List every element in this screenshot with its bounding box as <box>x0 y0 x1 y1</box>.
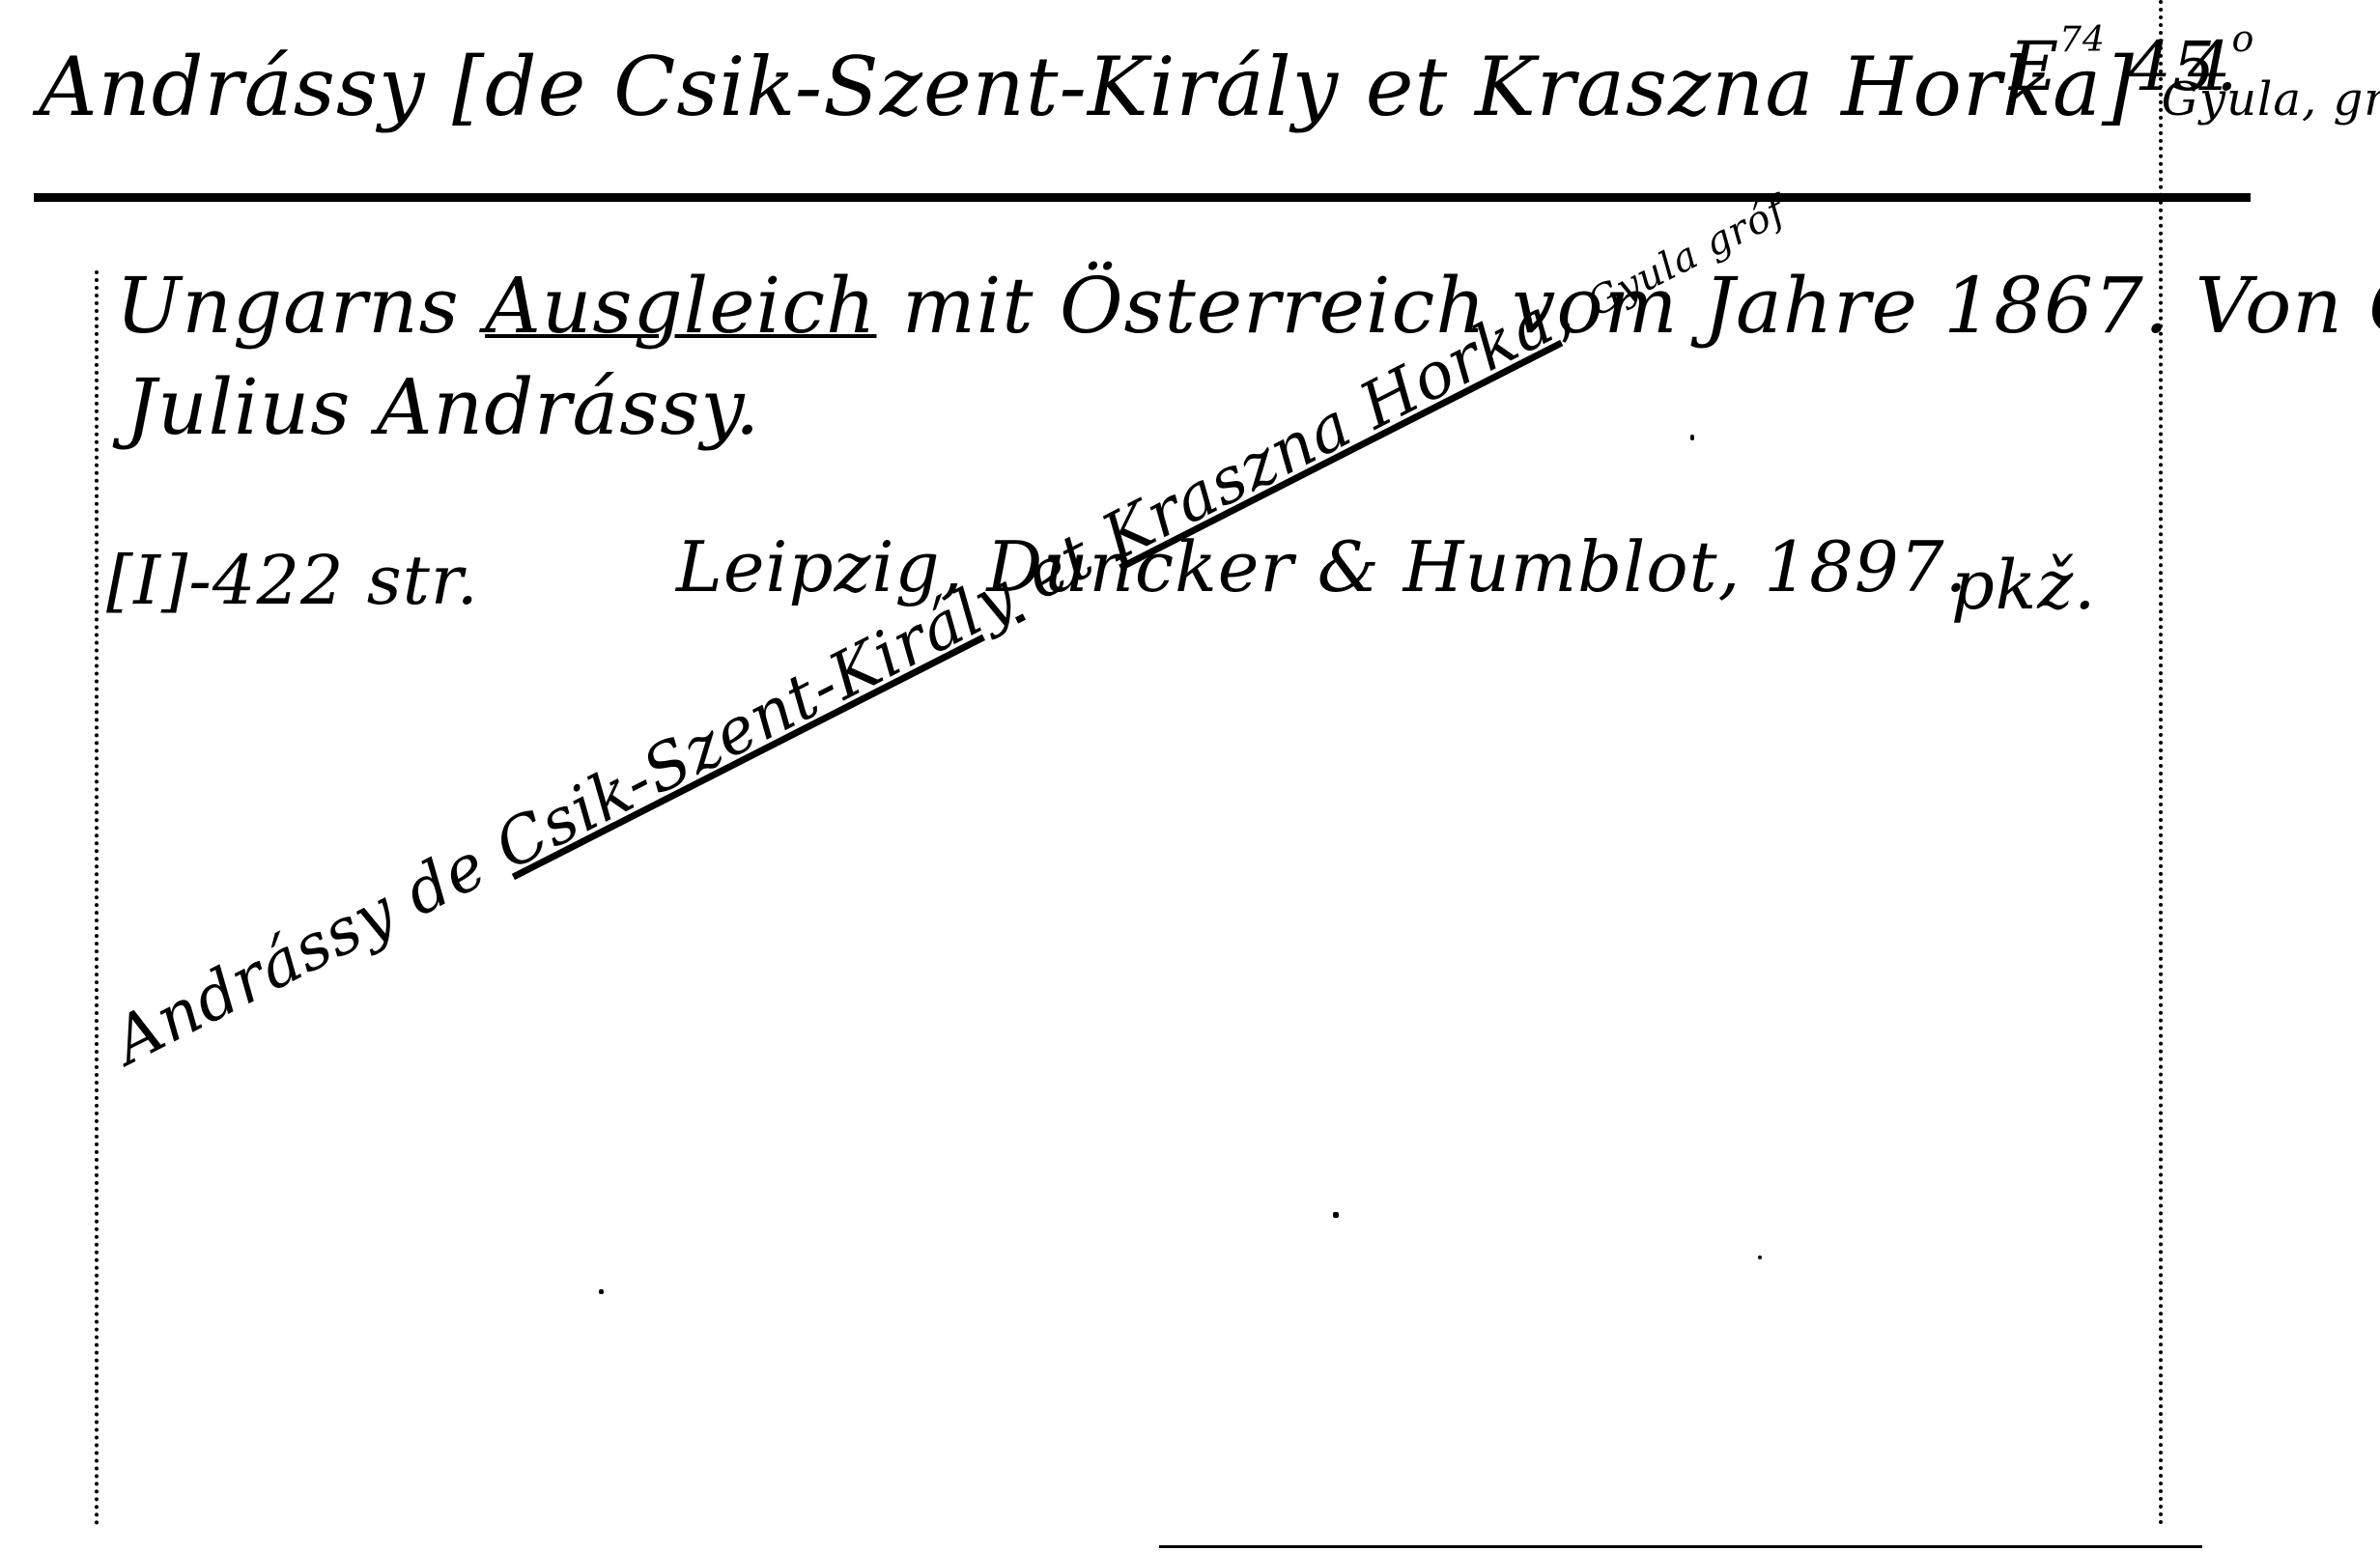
shelfmark-letter: E <box>2009 27 2059 106</box>
catalog-card: Andrássy [de Csik-Szent-Király et Kraszn… <box>0 0 2380 1552</box>
collation: [I]-422 str. <box>106 541 479 620</box>
left-margin-dotted-line <box>95 270 99 1526</box>
shelfmark-superscript: 74 <box>2059 20 2106 60</box>
format-mark: 4o <box>2188 27 2254 106</box>
scan-speck <box>522 377 526 381</box>
format-number: 4 <box>2188 27 2232 106</box>
bottom-edge-line <box>1159 1545 2202 1548</box>
title-line-1: Ungarns Ausgleich mit Österreich vom Jah… <box>116 261 2380 351</box>
title-line-2: Julius Andrássy. <box>126 362 760 452</box>
scan-speck <box>599 1289 604 1294</box>
imprint: Leipzig, Duncker & Humblot, 1897. <box>676 526 1968 607</box>
binding-note: pkž. <box>1951 546 2096 625</box>
title-text: Ungarns <box>116 261 485 351</box>
scan-speck <box>1758 1256 1762 1259</box>
heading-main: Andrássy [de Csik-Szent-Király et Kraszn… <box>39 40 2135 134</box>
title-underlined-word: Ausgleich <box>485 261 876 351</box>
scan-speck <box>1690 435 1694 440</box>
added-entry-text: Andrássy de <box>101 818 517 1079</box>
format-superscript: o <box>2232 17 2255 60</box>
scan-speck <box>1333 1212 1339 1218</box>
heading-rule <box>34 193 2251 202</box>
right-margin-dotted-line <box>2159 0 2163 1526</box>
